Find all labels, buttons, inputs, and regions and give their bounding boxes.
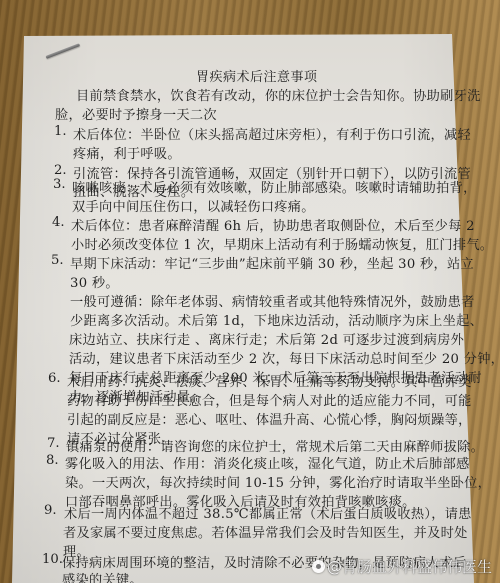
watermark-text: @胃肠血外科盛伟伟医生 xyxy=(327,556,492,577)
item-5-line: 一般可遵循：除年老体弱、病情较重者或其他特殊情况外，鼓励患者 xyxy=(70,291,475,310)
item-number: 8. xyxy=(46,453,59,468)
item-8-line: 雾化吸入的用法、作用：消炎化痰止咳，湿化气道，防止术后肺部感 xyxy=(65,453,470,472)
item-number: 6. xyxy=(48,371,61,386)
item-6-line: 术后用药：抗炎、祛痰、营养、保胃、止痛等药物支持。其中营养类 xyxy=(67,371,472,390)
item-4-line: 术后体位：患者麻醉清醒 6h 后，协助患者取侧卧位，术后至少每 2 xyxy=(71,215,475,234)
item-number: 1. xyxy=(54,124,67,139)
item-4-line: 小时必须改变体位 1 次，早期床上活动有利于肠蠕动恢复，肛门排气。 xyxy=(71,234,493,253)
item-5-line: 床边站立、扶床行走 、离床行走；术后第 2d 可逐步过渡到病房外 xyxy=(69,329,464,348)
item-9-line: 术后一周内体温不超过 38.5℃都属正常（术后蛋白质吸收热），请患 xyxy=(64,503,472,522)
intro-line: 脸，必要时予擦身一天二次 xyxy=(55,104,217,123)
item-number: 2. xyxy=(54,163,67,178)
item-9-line: 者及家属不要过度焦虑。若体温异常我们会及时告知医生，并及时处 xyxy=(63,522,468,541)
item-number: 3. xyxy=(53,177,66,192)
item-3-line: 双手向中间压住伤口，以减轻伤口疼痛。 xyxy=(72,196,315,215)
item-10-line: 感染的关键。 xyxy=(62,569,143,583)
item-number: 10. xyxy=(42,552,63,567)
item-5-line: 30 秒。 xyxy=(70,272,119,291)
intro-line: 目前禁食禁水，饮食若有改动，你的床位护士会告知你。协助刷牙洗 xyxy=(76,85,481,104)
item-5-line: 少距离多次活动。术后第 1d，下地床边活动，活动顺序为床上坐起、 xyxy=(70,310,483,329)
item-number: 5. xyxy=(51,253,64,268)
item-1-line: 术后体位：半卧位（床头摇高超过床旁柜），有利于伤口引流，减轻 xyxy=(73,124,471,143)
item-number: 9. xyxy=(44,503,57,518)
item-3-line: 咳嗽咳痰：术后必须有效咳嗽，防止肺部感染。咳嗽时请辅助拍背， xyxy=(72,177,477,196)
watermark: @胃肠血外科盛伟伟医生 xyxy=(312,556,492,577)
document-title: 胃疾病术后注意事项 xyxy=(196,66,318,85)
item-5-line: 早期下床活动：牢记“三步曲”起床前平躺 30 秒，坐起 30 秒，站立 xyxy=(70,253,474,272)
item-6-line: 药物有助于伤口生长愈合，但是每个病人对此的适应能力不同，可能 xyxy=(67,390,472,409)
item-6-line: 引起的副反应是：恶心、呕吐、体温升高、心慌心悸，胸闷烦躁等， xyxy=(67,409,472,428)
item-number: 4. xyxy=(52,215,65,230)
item-5-line: 活动，建议患者下床活动至少 2 次，每日下床活动总时间至少 20 分钟， xyxy=(69,348,500,367)
watermark-logo-icon xyxy=(312,560,325,573)
item-1-line: 疼痛，利于呼吸。 xyxy=(73,143,181,162)
item-8-line: 染。一天两次，每次持续时间 10-15 分钟，雾化治疗时请取半坐卧位， xyxy=(65,472,491,491)
item-number: 7. xyxy=(47,436,60,451)
